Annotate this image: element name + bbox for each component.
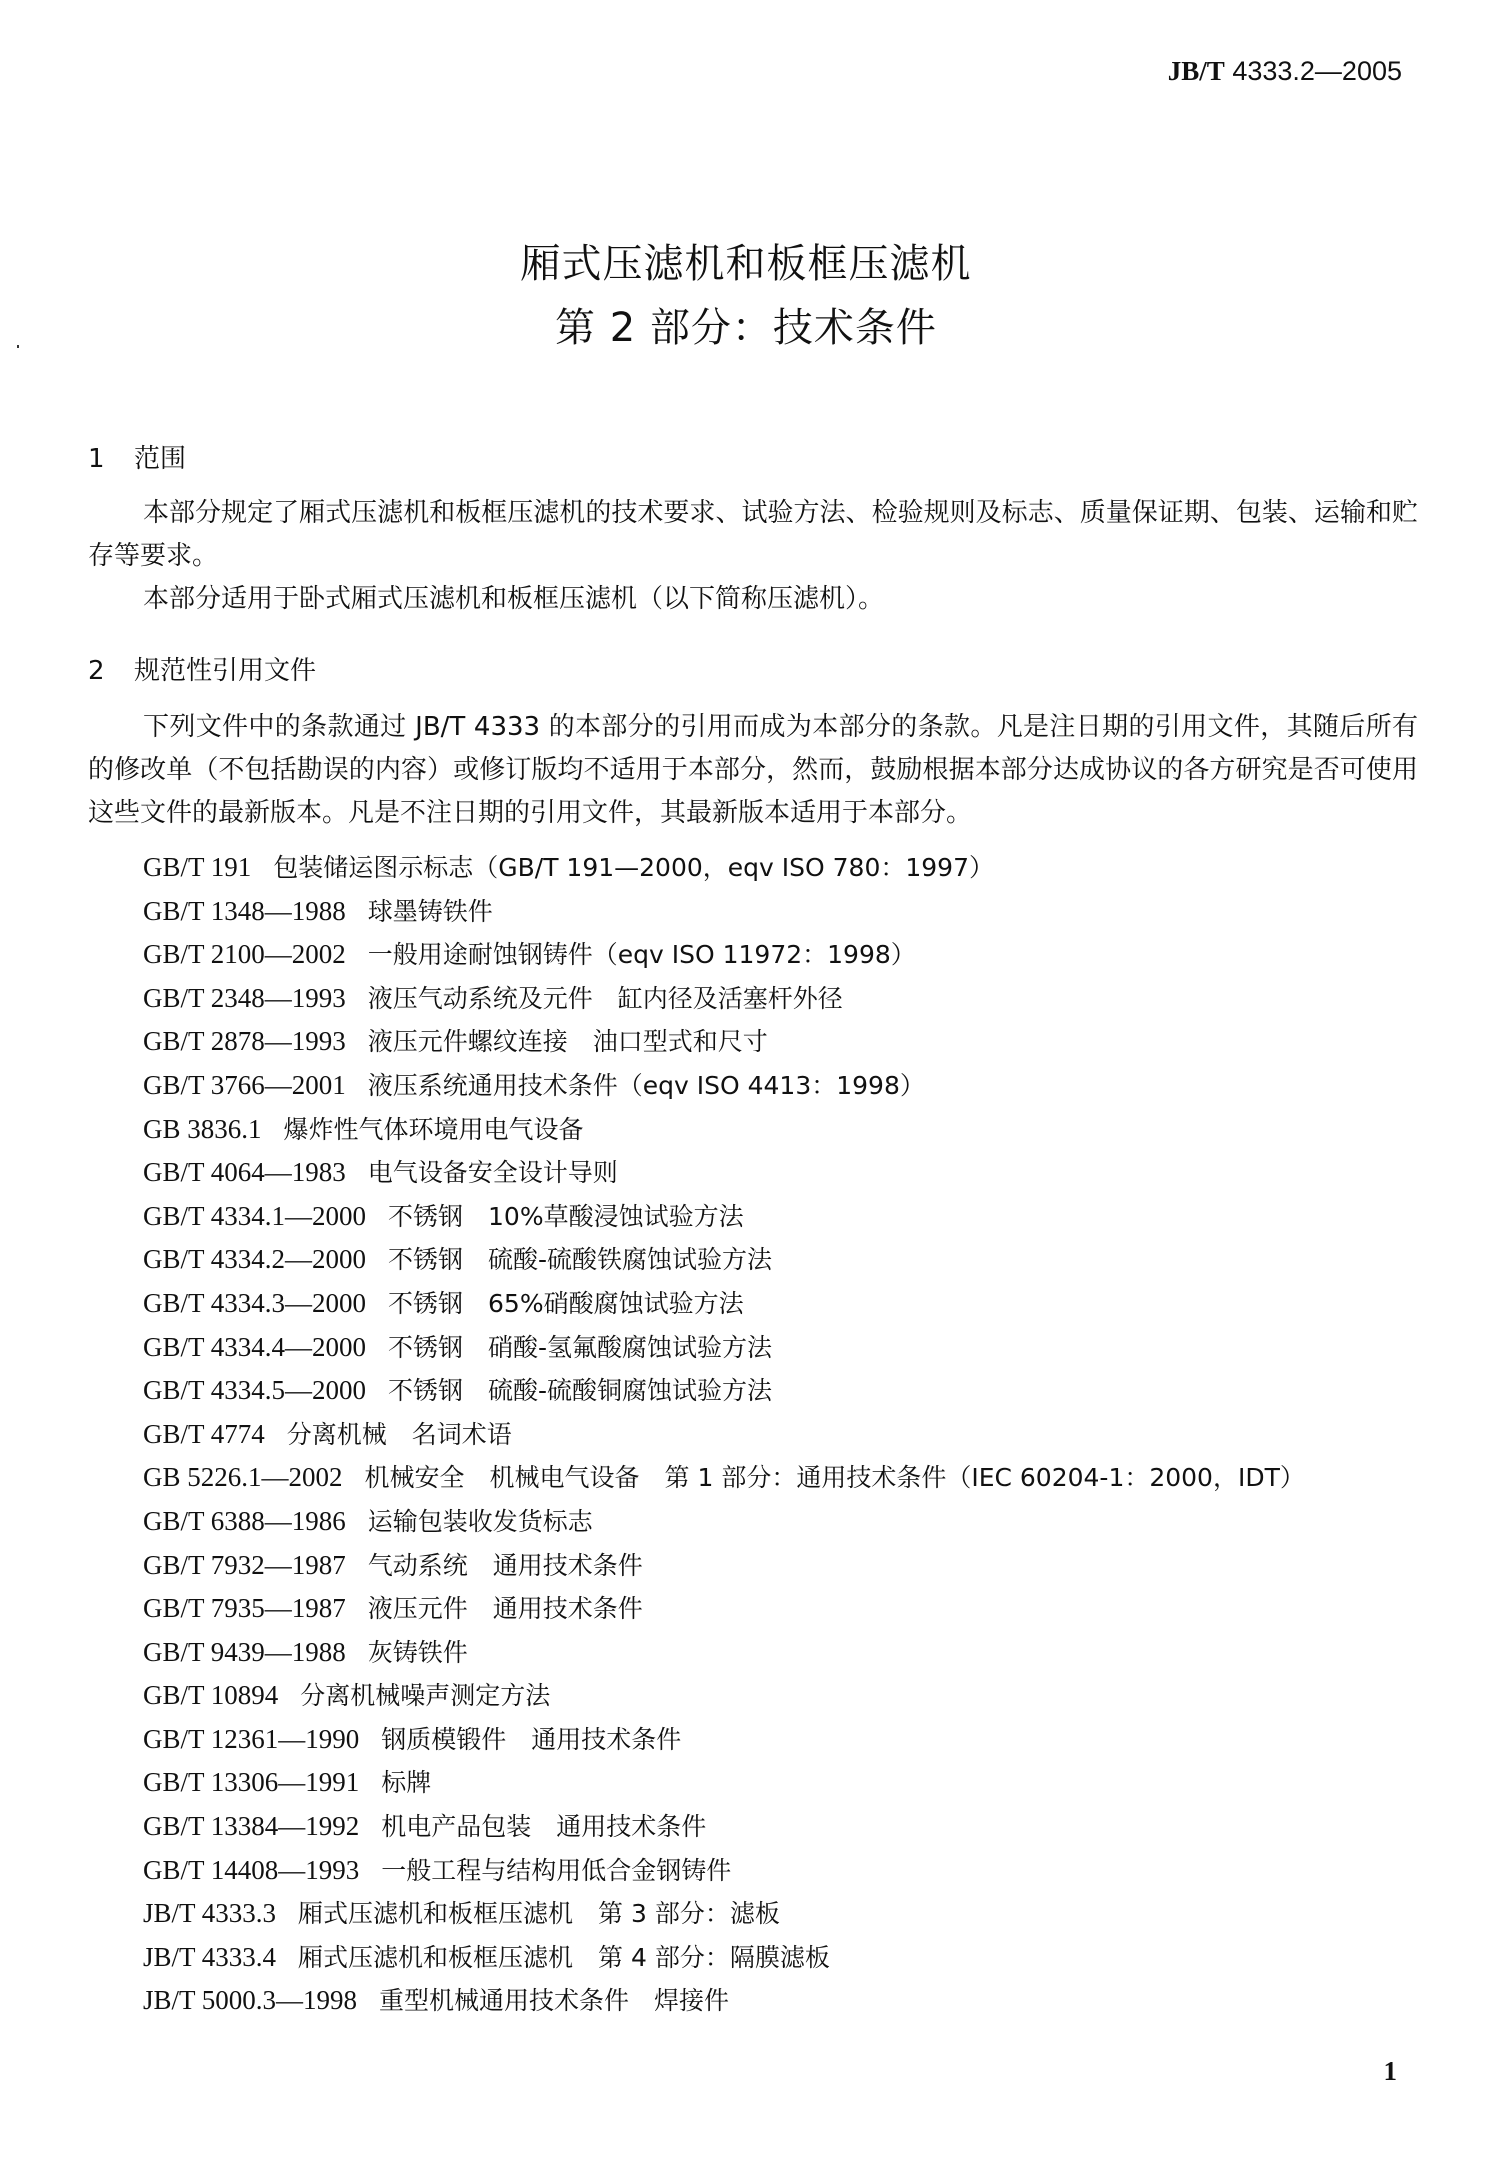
reference-item: GB/T 4064—1983电气设备安全设计导则 xyxy=(143,1151,1463,1195)
reference-item: GB/T 4334.5—2000不锈钢 硫酸-硫酸铜腐蚀试验方法 xyxy=(143,1369,1463,1413)
reference-item: GB/T 1348—1988球墨铸铁件 xyxy=(143,890,1463,934)
reference-code: GB/T 4334.1—2000 xyxy=(143,1201,366,1231)
reference-title: 液压元件 通用技术条件 xyxy=(368,1594,643,1623)
section-title: 范围 xyxy=(134,444,186,474)
reference-title: 包装储运图示标志（GB/T 191—2000，eqv ISO 780：1997） xyxy=(273,853,994,882)
reference-item: JB/T 5000.3—1998重型机械通用技术条件 焊接件 xyxy=(143,1979,1463,2023)
page-number: 1 xyxy=(1384,2056,1398,2087)
reference-code: JB/T 5000.3—1998 xyxy=(143,1985,357,2015)
reference-item: JB/T 4333.3厢式压滤机和板框压滤机 第 3 部分：滤板 xyxy=(143,1892,1463,1936)
reference-title: 一般工程与结构用低合金钢铸件 xyxy=(381,1856,731,1885)
reference-title: 不锈钢 65%硝酸腐蚀试验方法 xyxy=(388,1289,744,1318)
reference-code: GB/T 7932—1987 xyxy=(143,1550,346,1580)
reference-code: GB/T 13306—1991 xyxy=(143,1767,359,1797)
reference-item: GB/T 2100—2002一般用途耐蚀钢铸件（eqv ISO 11972：19… xyxy=(143,933,1463,977)
reference-code: GB 3836.1 xyxy=(143,1114,262,1144)
reference-code: GB/T 9439—1988 xyxy=(143,1637,346,1667)
reference-title: 爆炸性气体环境用电气设备 xyxy=(284,1115,584,1144)
reference-title: 分离机械 名词术语 xyxy=(287,1420,512,1449)
scope-paragraph-2: 本部分适用于卧式厢式压滤机和板框压滤机（以下简称压滤机）。 xyxy=(88,578,1418,621)
reference-item: GB/T 13384—1992机电产品包装 通用技术条件 xyxy=(143,1805,1463,1849)
reference-code: JB/T 4333.3 xyxy=(143,1898,276,1928)
reference-title: 重型机械通用技术条件 焊接件 xyxy=(379,1986,729,2015)
section-number: 1 xyxy=(88,444,134,474)
reference-item: GB/T 9439—1988灰铸铁件 xyxy=(143,1631,1463,1675)
reference-item: GB 5226.1—2002机械安全 机械电气设备 第 1 部分：通用技术条件（… xyxy=(143,1456,1463,1500)
reference-code: GB/T 12361—1990 xyxy=(143,1724,359,1754)
reference-title: 灰铸铁件 xyxy=(368,1638,468,1667)
reference-title: 机电产品包装 通用技术条件 xyxy=(381,1812,706,1841)
reference-item: GB/T 4334.1—2000不锈钢 10%草酸浸蚀试验方法 xyxy=(143,1195,1463,1239)
reference-title: 标牌 xyxy=(381,1768,431,1797)
reference-list: GB/T 191包装储运图示标志（GB/T 191—2000，eqv ISO 7… xyxy=(143,846,1463,2023)
title-line-1: 厢式压滤机和板框压滤机 xyxy=(0,232,1492,296)
reference-item: GB/T 13306—1991标牌 xyxy=(143,1761,1463,1805)
reference-code: GB 5226.1—2002 xyxy=(143,1462,343,1492)
normative-references-intro: 下列文件中的条款通过 JB/T 4333 的本部分的引用而成为本部分的条款。凡是… xyxy=(88,706,1418,835)
reference-code: GB/T 4334.4—2000 xyxy=(143,1332,366,1362)
reference-code: GB/T 2878—1993 xyxy=(143,1026,346,1056)
reference-code: GB/T 4334.2—2000 xyxy=(143,1244,366,1274)
reference-code: GB/T 1348—1988 xyxy=(143,896,346,926)
reference-item: GB/T 4334.2—2000不锈钢 硫酸-硫酸铁腐蚀试验方法 xyxy=(143,1238,1463,1282)
reference-code: GB/T 4064—1983 xyxy=(143,1157,346,1187)
reference-title: 运输包装收发货标志 xyxy=(368,1507,593,1536)
reference-title: 不锈钢 10%草酸浸蚀试验方法 xyxy=(388,1202,744,1231)
reference-title: 液压气动系统及元件 缸内径及活塞杆外径 xyxy=(368,984,843,1013)
reference-item: GB 3836.1爆炸性气体环境用电气设备 xyxy=(143,1108,1463,1152)
reference-code: GB/T 7935—1987 xyxy=(143,1593,346,1623)
reference-title: 机械安全 机械电气设备 第 1 部分：通用技术条件（IEC 60204-1：20… xyxy=(365,1463,1305,1492)
reference-item: GB/T 14408—1993一般工程与结构用低合金钢铸件 xyxy=(143,1849,1463,1893)
reference-code: GB/T 2100—2002 xyxy=(143,939,346,969)
reference-title: 不锈钢 硝酸-氢氟酸腐蚀试验方法 xyxy=(388,1333,772,1362)
reference-item: GB/T 2878—1993液压元件螺纹连接 油口型式和尺寸 xyxy=(143,1020,1463,1064)
reference-title: 分离机械噪声测定方法 xyxy=(300,1681,550,1710)
reference-item: GB/T 191包装储运图示标志（GB/T 191—2000，eqv ISO 7… xyxy=(143,846,1463,890)
reference-title: 不锈钢 硫酸-硫酸铁腐蚀试验方法 xyxy=(388,1245,772,1274)
reference-title: 厢式压滤机和板框压滤机 第 4 部分：隔膜滤板 xyxy=(298,1943,830,1972)
reference-item: GB/T 4334.3—2000不锈钢 65%硝酸腐蚀试验方法 xyxy=(143,1282,1463,1326)
reference-item: JB/T 4333.4厢式压滤机和板框压滤机 第 4 部分：隔膜滤板 xyxy=(143,1936,1463,1980)
reference-code: GB/T 2348—1993 xyxy=(143,983,346,1013)
document-title: 厢式压滤机和板框压滤机 第 2 部分：技术条件 xyxy=(0,232,1492,360)
reference-code: GB/T 14408—1993 xyxy=(143,1855,359,1885)
title-line-2: 第 2 部分：技术条件 xyxy=(0,296,1492,360)
reference-title: 球墨铸铁件 xyxy=(368,897,493,926)
reference-code: GB/T 191 xyxy=(143,852,251,882)
standard-number: 4333.2—2005 xyxy=(1232,56,1402,86)
reference-item: GB/T 7932—1987气动系统 通用技术条件 xyxy=(143,1544,1463,1588)
reference-item: GB/T 4774分离机械 名词术语 xyxy=(143,1413,1463,1457)
reference-title: 不锈钢 硫酸-硫酸铜腐蚀试验方法 xyxy=(388,1376,772,1405)
reference-item: GB/T 4334.4—2000不锈钢 硝酸-氢氟酸腐蚀试验方法 xyxy=(143,1326,1463,1370)
standard-prefix: JB/T xyxy=(1168,56,1225,86)
reference-item: GB/T 3766—2001液压系统通用技术条件（eqv ISO 4413：19… xyxy=(143,1064,1463,1108)
section-number: 2 xyxy=(88,656,134,686)
reference-code: GB/T 4774 xyxy=(143,1419,265,1449)
reference-title: 厢式压滤机和板框压滤机 第 3 部分：滤板 xyxy=(298,1899,780,1928)
scope-paragraph-1: 本部分规定了厢式压滤机和板框压滤机的技术要求、试验方法、检验规则及标志、质量保证… xyxy=(88,492,1418,578)
reference-title: 液压元件螺纹连接 油口型式和尺寸 xyxy=(368,1027,768,1056)
reference-code: GB/T 13384—1992 xyxy=(143,1811,359,1841)
reference-title: 一般用途耐蚀钢铸件（eqv ISO 11972：1998） xyxy=(368,940,916,969)
reference-item: GB/T 7935—1987液压元件 通用技术条件 xyxy=(143,1587,1463,1631)
reference-code: GB/T 3766—2001 xyxy=(143,1070,346,1100)
reference-item: GB/T 10894分离机械噪声测定方法 xyxy=(143,1674,1463,1718)
reference-item: GB/T 6388—1986运输包装收发货标志 xyxy=(143,1500,1463,1544)
reference-code: GB/T 10894 xyxy=(143,1680,278,1710)
reference-code: GB/T 4334.5—2000 xyxy=(143,1375,366,1405)
section-heading-scope: 1范围 xyxy=(88,438,186,475)
standard-code-header: JB/T 4333.2—2005 xyxy=(1168,56,1402,87)
reference-code: GB/T 4334.3—2000 xyxy=(143,1288,366,1318)
reference-title: 钢质模锻件 通用技术条件 xyxy=(381,1725,681,1754)
reference-item: GB/T 12361—1990钢质模锻件 通用技术条件 xyxy=(143,1718,1463,1762)
section-heading-normative-references: 2规范性引用文件 xyxy=(88,650,316,687)
reference-code: GB/T 6388—1986 xyxy=(143,1506,346,1536)
reference-title: 气动系统 通用技术条件 xyxy=(368,1551,643,1580)
reference-title: 电气设备安全设计导则 xyxy=(368,1158,618,1187)
reference-title: 液压系统通用技术条件（eqv ISO 4413：1998） xyxy=(368,1071,925,1100)
reference-item: GB/T 2348—1993液压气动系统及元件 缸内径及活塞杆外径 xyxy=(143,977,1463,1021)
reference-code: JB/T 4333.4 xyxy=(143,1942,276,1972)
section-title: 规范性引用文件 xyxy=(134,656,316,686)
